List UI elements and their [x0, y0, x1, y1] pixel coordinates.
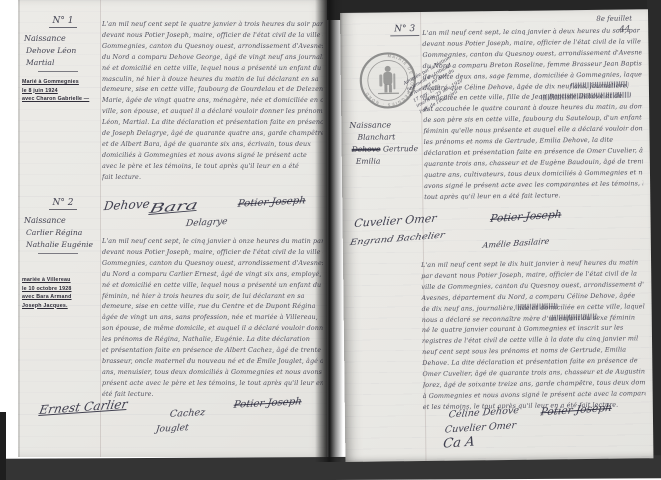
act4-body: L'an mil neuf cent sept le dix huit janv…: [421, 257, 646, 412]
margin-name-rest: Gertrude: [383, 144, 418, 153]
signature: Cuvelier Omer: [444, 420, 516, 436]
text-line: L'an mil neuf cent sept le quatre janvie…: [102, 19, 323, 30]
act-type-label: Naissance: [24, 216, 104, 225]
text-line: devant nous Potier Joseph, maire, offici…: [102, 247, 323, 258]
text-line: féminin, né hier à trois heures du soir,…: [102, 291, 323, 302]
margin-name-line: Martial: [26, 58, 104, 67]
text-line: né et domicilié en cette ville, lequel n…: [102, 280, 323, 291]
signature: Jouglet: [155, 423, 189, 435]
act1-body: L'an mil neuf cent sept le quatre janvie…: [102, 19, 323, 183]
act-number: N° 1: [22, 16, 104, 28]
margin-name-line: Nathalie Eugénie: [26, 240, 104, 249]
text-line: devant nous Potier Joseph, maire, offici…: [102, 30, 323, 41]
text-line: brasseur, oncle maternel du nouveau né e…: [102, 356, 323, 367]
signature: Cuvelier Omer: [354, 212, 438, 230]
signature: Engrand Bachelier: [349, 230, 446, 248]
signature: Bara: [148, 198, 200, 217]
signature: Ernest Carlier: [38, 397, 129, 417]
act-type-label: Naissance: [349, 120, 429, 130]
margin-name-line: Dehove Gertrude: [352, 144, 430, 154]
act-number-text: N° 3: [390, 24, 419, 36]
margin-name-line: Carlier Régina: [26, 228, 104, 237]
act-number-text: N° 1: [49, 16, 78, 28]
margin-corrected-name: Blanchart: [357, 132, 429, 142]
text-line: tout après qu'il leur en a été fait lect…: [424, 189, 643, 203]
act-type-label: Naissance: [24, 34, 104, 43]
margin-name-line: Emilia: [356, 156, 430, 166]
text-line: domiciliés à Gommegnies et nous avons si…: [102, 150, 323, 161]
act1-margin: N° 1 Naissance Dehove LéonMartial Marié …: [22, 16, 104, 104]
text-line: ville, son épouse, et auquel il a déclar…: [102, 106, 323, 117]
signature: Ca A: [442, 435, 475, 452]
scanner-background-left: [0, 412, 6, 480]
marriage-note-line: le 10 octobre 1928: [22, 285, 104, 294]
margin-name: Carlier RéginaNathalie Eugénie: [22, 228, 104, 249]
margin-name-line: Dehove Léon: [26, 46, 104, 55]
text-line: né et domicilié en cette ville, lequel n…: [102, 63, 323, 74]
signature: Amélie Basilaire: [482, 237, 550, 250]
text-line: du Nord a comparu Carlier Ernest, âgé de…: [102, 269, 323, 280]
margin-flourish: [38, 253, 78, 254]
act-number-text: N° 2: [49, 198, 78, 210]
margin-name: Dehove LéonMartial: [22, 46, 104, 67]
struck-name: Dehove: [352, 145, 381, 154]
text-line: avec le père et les témoins, le tout apr…: [102, 161, 323, 172]
marriage-note-line: mariée à Villereau: [22, 276, 104, 285]
register-scan: N° 1 Naissance Dehove LéonMartial Marié …: [0, 0, 661, 480]
text-line: Gommegnies, canton du Quesnoy ouest, arr…: [102, 41, 323, 52]
marriage-note-line: Joseph Jacques.: [22, 302, 104, 311]
signature: Dehove: [103, 197, 151, 213]
text-line: présent acte avec le père et les témoins…: [102, 378, 323, 389]
signature: Cachez: [169, 407, 206, 420]
act1-marriage-note: Marié à Gommegniesle 8 juin 1924avec Cha…: [22, 78, 104, 104]
signature: Potier Joseph: [490, 208, 563, 225]
text-line: demeure, sise en cette ville, faubourg d…: [102, 84, 323, 95]
marriage-note-line: le 8 juin 1924: [22, 87, 104, 96]
text-line: masculin, né hier à douze heures du mati…: [102, 74, 323, 85]
text-line: Marie, âgée de vingt quatre ans, ménagèr…: [102, 95, 323, 106]
signature: Potier Joseph: [237, 195, 306, 210]
act2-marriage-note: mariée à Villereaule 10 octobre 1928avec…: [22, 276, 104, 310]
text-line: les prénoms de Régina, Nathalie, Eugénie…: [102, 334, 323, 345]
text-line: du Nord a comparu Dehove George, âgé de …: [102, 52, 323, 63]
text-line: ans, menuisier, tous deux domiciliés à G…: [102, 367, 323, 378]
text-line: et présentation faite en présence de Alb…: [102, 345, 323, 356]
right-page: 8e feuillet 44 N° 3 MAIRIE DE GOMMEGNIES…: [340, 9, 653, 462]
left-page: N° 1 Naissance Dehove LéonMartial Marié …: [18, 0, 327, 457]
text-line: demeure, sise en cette ville, rue du Cen…: [102, 301, 323, 312]
act3-margin-names: Naissance Blanchart Dehove Gertrude Emil…: [347, 120, 430, 169]
marriage-note-line: avec Bara Armand: [22, 293, 104, 302]
folio-note: 8e feuillet: [596, 14, 632, 22]
marriage-note-line: avec Charon Gabrielle —: [22, 95, 104, 104]
act-number: N° 2: [22, 198, 104, 210]
ink-scribble: [516, 303, 558, 310]
text-line: âgée de vingt un ans, sans profession, n…: [102, 312, 323, 323]
text-line: fait lecture.: [102, 172, 323, 183]
margin-flourish: [38, 71, 78, 72]
marriage-note-line: Marié à Gommegnies: [22, 78, 104, 87]
text-line: son épouse, de même domicile, et auquel …: [102, 323, 323, 334]
act3-body: L'an mil neuf cent sept, le cinq janvier…: [422, 25, 643, 202]
text-line: et de Albert Bara, âgé de quarante six a…: [102, 139, 323, 150]
text-line: Gommegnies, canton du Quesnoy ouest, arr…: [102, 258, 323, 269]
text-line: de Joseph Delagrye, âgé de quarante quat…: [102, 128, 323, 139]
signature: Potier Joseph: [233, 396, 302, 411]
text-line: Léon, Martial. La dite déclaration et pr…: [102, 117, 323, 128]
act2-margin: N° 2 Naissance Carlier RéginaNathalie Eu…: [22, 198, 104, 310]
act2-body: L'an mil neuf cent sept, le cinq janvier…: [102, 236, 323, 400]
signature: Delagrye: [185, 217, 228, 229]
text-line: L'an mil neuf cent sept, le cinq janvier…: [102, 236, 323, 247]
